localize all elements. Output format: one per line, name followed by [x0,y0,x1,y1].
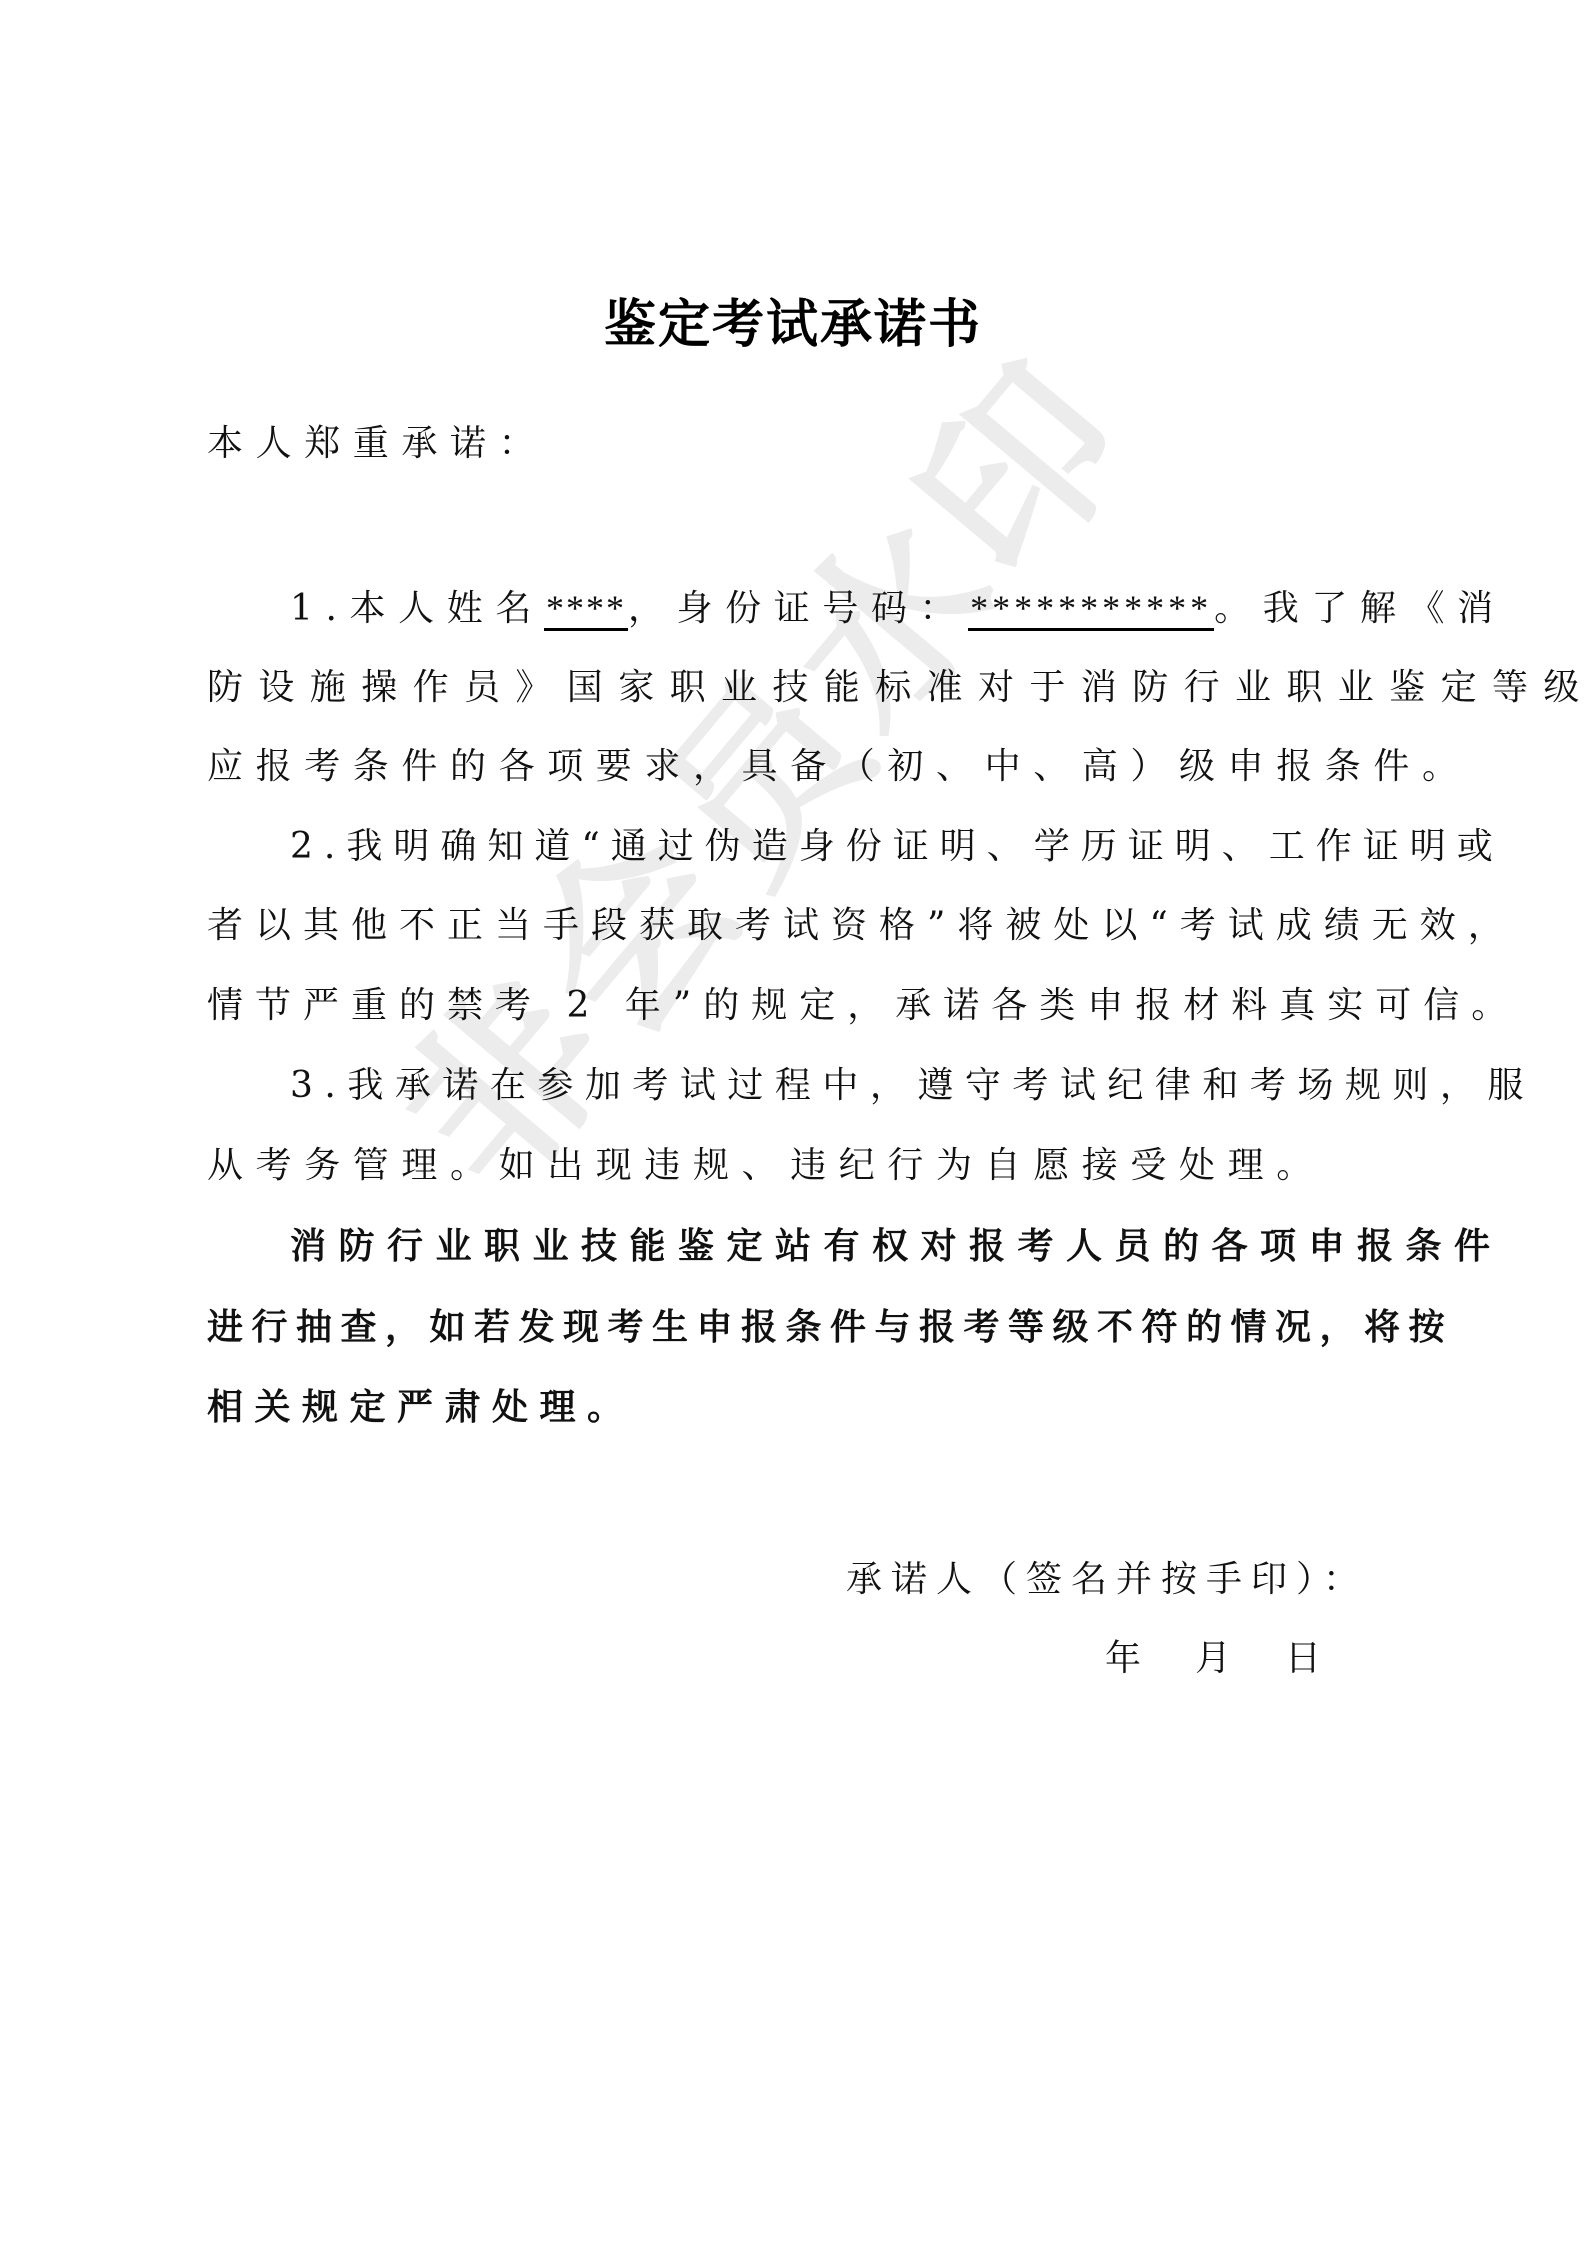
date-year: 年 [1105,1630,1141,1681]
item-2-line-1: 2.我明确知道“通过伪造身份证明、学历证明、工作证明或 [290,823,1470,871]
item-1-suffix: 。我了解《消 [1214,588,1506,629]
id-number-field[interactable]: *********** [968,588,1214,631]
item-1-line-1: 1.本人姓名****，身份证号码：***********。我了解《消 [290,585,1470,633]
item-1-mid: ，身份证号码： [628,588,968,629]
document-page: 鉴定考试承诺书 本人郑重承诺： 1.本人姓名****，身份证号码：*******… [0,0,1586,2244]
item-1-prefix: 1.本人姓名 [290,588,544,629]
date-day: 日 [1285,1630,1321,1681]
item-1-line-3: 应报考条件的各项要求，具备（初、中、高）级申报条件。 [207,743,1387,791]
name-field[interactable]: **** [544,588,628,631]
item-3-line-2: 从考务管理。如出现违规、违纪行为自愿接受处理。 [207,1142,1387,1190]
signature-label: 承诺人（签名并按手印）： [846,1551,1368,1602]
item-2-line-2: 者以其他不正当手段获取考试资格”将被处以“考试成绩无效， [207,902,1387,950]
page-title: 鉴定考试承诺书 [0,282,1586,357]
salutation: 本人郑重承诺： [207,420,1387,468]
notice-line-3: 相关规定严肃处理。 [207,1384,1387,1432]
item-2-line-3: 情节严重的禁考 2 年”的规定，承诺各类申报材料真实可信。 [207,982,1387,1030]
item-3-line-1: 3.我承诺在参加考试过程中，遵守考试纪律和考场规则，服 [290,1062,1470,1110]
notice-line-1: 消防行业职业技能鉴定站有权对报考人员的各项申报条件 [290,1223,1470,1271]
notice-line-2: 进行抽查，如若发现考生申报条件与报考等级不符的情况，将按 [207,1304,1387,1352]
item-1-line-2: 防设施操作员》国家职业技能标准对于消防行业职业鉴定等级对 [207,664,1387,712]
date-month: 月 [1195,1630,1231,1681]
